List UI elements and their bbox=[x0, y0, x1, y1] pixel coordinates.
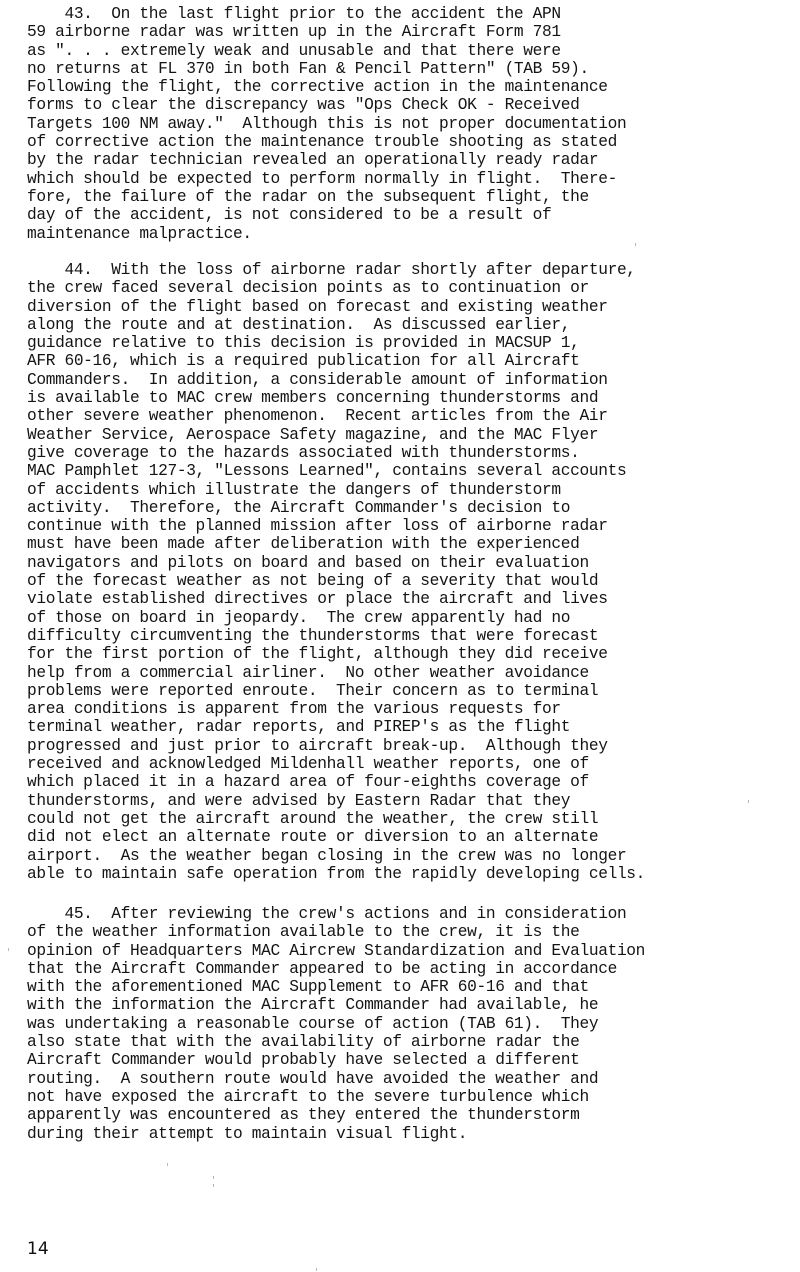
text-line: maintenance malpractice. bbox=[27, 225, 626, 243]
text-line: could not get the aircraft around the we… bbox=[27, 810, 645, 828]
text-line: of accidents which illustrate the danger… bbox=[27, 481, 645, 499]
text-line: is available to MAC crew members concern… bbox=[27, 389, 645, 407]
text-line: by the radar technician revealed an oper… bbox=[27, 151, 626, 169]
text-line: difficulty circumventing the thunderstor… bbox=[27, 627, 645, 645]
paragraph-45: 45. After reviewing the crew's actions a… bbox=[27, 905, 645, 1143]
text-line: with the information the Aircraft Comman… bbox=[27, 996, 645, 1014]
text-line: activity. Therefore, the Aircraft Comman… bbox=[27, 499, 645, 517]
page-number: 14 bbox=[27, 1239, 49, 1259]
paragraph-43: 43. On the last flight prior to the acci… bbox=[27, 5, 626, 243]
text-line: 44. With the loss of airborne radar shor… bbox=[27, 261, 645, 279]
text-line: area conditions is apparent from the var… bbox=[27, 700, 645, 718]
text-line: for the first portion of the flight, alt… bbox=[27, 645, 645, 663]
text-line: violate established directives or place … bbox=[27, 590, 645, 608]
text-line: fore, the failure of the radar on the su… bbox=[27, 188, 626, 206]
text-line: must have been made after deliberation w… bbox=[27, 535, 645, 553]
scan-artifact bbox=[167, 1163, 168, 1166]
text-line: Aircraft Commander would probably have s… bbox=[27, 1051, 645, 1069]
text-line: which should be expected to perform norm… bbox=[27, 170, 626, 188]
text-line: able to maintain safe operation from the… bbox=[27, 865, 645, 883]
text-line: help from a commercial airliner. No othe… bbox=[27, 664, 645, 682]
text-line: other severe weather phenomenon. Recent … bbox=[27, 407, 645, 425]
text-line: apparently was encountered as they enter… bbox=[27, 1106, 645, 1124]
text-line: of corrective action the maintenance tro… bbox=[27, 133, 626, 151]
text-line: during their attempt to maintain visual … bbox=[27, 1125, 645, 1143]
text-line: along the route and at destination. As d… bbox=[27, 316, 645, 334]
scan-artifact bbox=[748, 800, 749, 803]
text-line: no returns at FL 370 in both Fan & Penci… bbox=[27, 60, 626, 78]
text-line: did not elect an alternate route or dive… bbox=[27, 828, 645, 846]
document-page: 43. On the last flight prior to the acci… bbox=[0, 0, 800, 1272]
text-line: Commanders. In addition, a considerable … bbox=[27, 371, 645, 389]
text-line: guidance relative to this decision is pr… bbox=[27, 334, 645, 352]
scan-artifact bbox=[213, 1184, 214, 1187]
text-line: AFR 60-16, which is a required publicati… bbox=[27, 352, 645, 370]
scan-artifact bbox=[635, 243, 636, 246]
text-line: airport. As the weather began closing in… bbox=[27, 847, 645, 865]
text-line: as ". . . extremely weak and unusable an… bbox=[27, 42, 626, 60]
text-line: diversion of the flight based on forecas… bbox=[27, 298, 645, 316]
text-line: of the weather information available to … bbox=[27, 923, 645, 941]
text-line: 45. After reviewing the crew's actions a… bbox=[27, 905, 645, 923]
text-line: opinion of Headquarters MAC Aircrew Stan… bbox=[27, 942, 645, 960]
text-line: terminal weather, radar reports, and PIR… bbox=[27, 718, 645, 736]
text-line: routing. A southern route would have avo… bbox=[27, 1070, 645, 1088]
text-line: progressed and just prior to aircraft br… bbox=[27, 737, 645, 755]
text-line: continue with the planned mission after … bbox=[27, 517, 645, 535]
text-line: the crew faced several decision points a… bbox=[27, 279, 645, 297]
text-line: of the forecast weather as not being of … bbox=[27, 572, 645, 590]
text-line: thunderstorms, and were advised by Easte… bbox=[27, 792, 645, 810]
text-line: which placed it in a hazard area of four… bbox=[27, 773, 645, 791]
scan-artifact bbox=[213, 1176, 214, 1179]
text-line: of those on board in jeopardy. The crew … bbox=[27, 609, 645, 627]
text-line: Targets 100 NM away." Although this is n… bbox=[27, 115, 626, 133]
text-line: was undertaking a reasonable course of a… bbox=[27, 1015, 645, 1033]
text-line: also state that with the availability of… bbox=[27, 1033, 645, 1051]
text-line: problems were reported enroute. Their co… bbox=[27, 682, 645, 700]
text-line: with the aforementioned MAC Supplement t… bbox=[27, 978, 645, 996]
text-line: that the Aircraft Commander appeared to … bbox=[27, 960, 645, 978]
text-line: Following the flight, the corrective act… bbox=[27, 78, 626, 96]
text-line: forms to clear the discrepancy was "Ops … bbox=[27, 96, 626, 114]
text-line: navigators and pilots on board and based… bbox=[27, 554, 645, 572]
text-line: Weather Service, Aerospace Safety magazi… bbox=[27, 426, 645, 444]
text-line: not have exposed the aircraft to the sev… bbox=[27, 1088, 645, 1106]
scan-artifact bbox=[316, 1268, 317, 1271]
scan-artifact bbox=[8, 948, 9, 951]
text-line: give coverage to the hazards associated … bbox=[27, 444, 645, 462]
text-line: 59 airborne radar was written up in the … bbox=[27, 23, 626, 41]
paragraph-44: 44. With the loss of airborne radar shor… bbox=[27, 261, 645, 883]
text-line: received and acknowledged Mildenhall wea… bbox=[27, 755, 645, 773]
text-line: day of the accident, is not considered t… bbox=[27, 206, 626, 224]
text-line: MAC Pamphlet 127-3, "Lessons Learned", c… bbox=[27, 462, 645, 480]
text-line: 43. On the last flight prior to the acci… bbox=[27, 5, 626, 23]
